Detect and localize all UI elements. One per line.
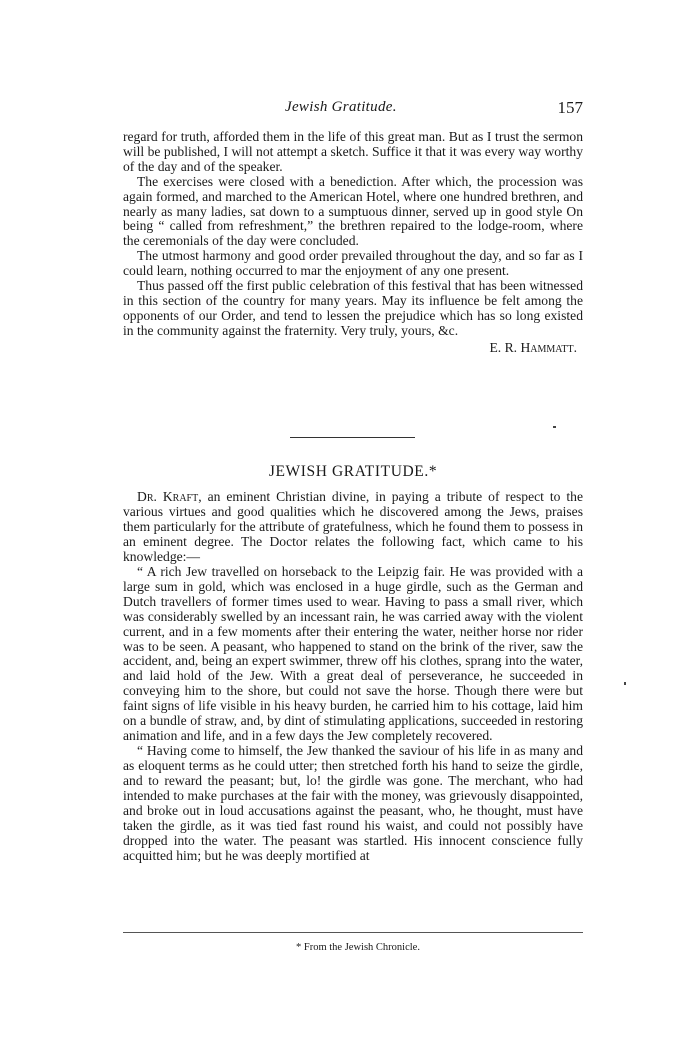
footnote-divider (123, 932, 583, 933)
paragraph: Dr. Kraft, an eminent Christian divine, … (123, 490, 583, 565)
scan-speck (553, 426, 556, 428)
paragraph: Thus passed off the first public celebra… (123, 279, 583, 339)
footnote: * From the Jewish Chronicle. (123, 942, 583, 953)
paragraph: regard for truth, afforded them in the l… (123, 130, 583, 175)
previous-article-text: regard for truth, afforded them in the l… (123, 130, 583, 355)
paragraph: The exercises were closed with a benedic… (123, 175, 583, 250)
section-divider (290, 437, 415, 438)
paragraph: The utmost harmony and good order prevai… (123, 249, 583, 279)
article-title: JEWISH GRATITUDE.* (123, 463, 583, 481)
author-signature: E. R. Hammatt. (123, 340, 583, 355)
running-head: Jewish Gratitude. 157 (123, 99, 583, 119)
running-title: Jewish Gratitude. (285, 99, 397, 116)
paragraph: “ A rich Jew travelled on horseback to t… (123, 565, 583, 744)
page-number: 157 (558, 98, 584, 118)
paragraph: “ Having come to himself, the Jew thanke… (123, 744, 583, 864)
lead-name: Dr. Kraft, (137, 489, 202, 504)
article-text: Dr. Kraft, an eminent Christian divine, … (123, 490, 583, 864)
scan-speck (624, 682, 626, 685)
